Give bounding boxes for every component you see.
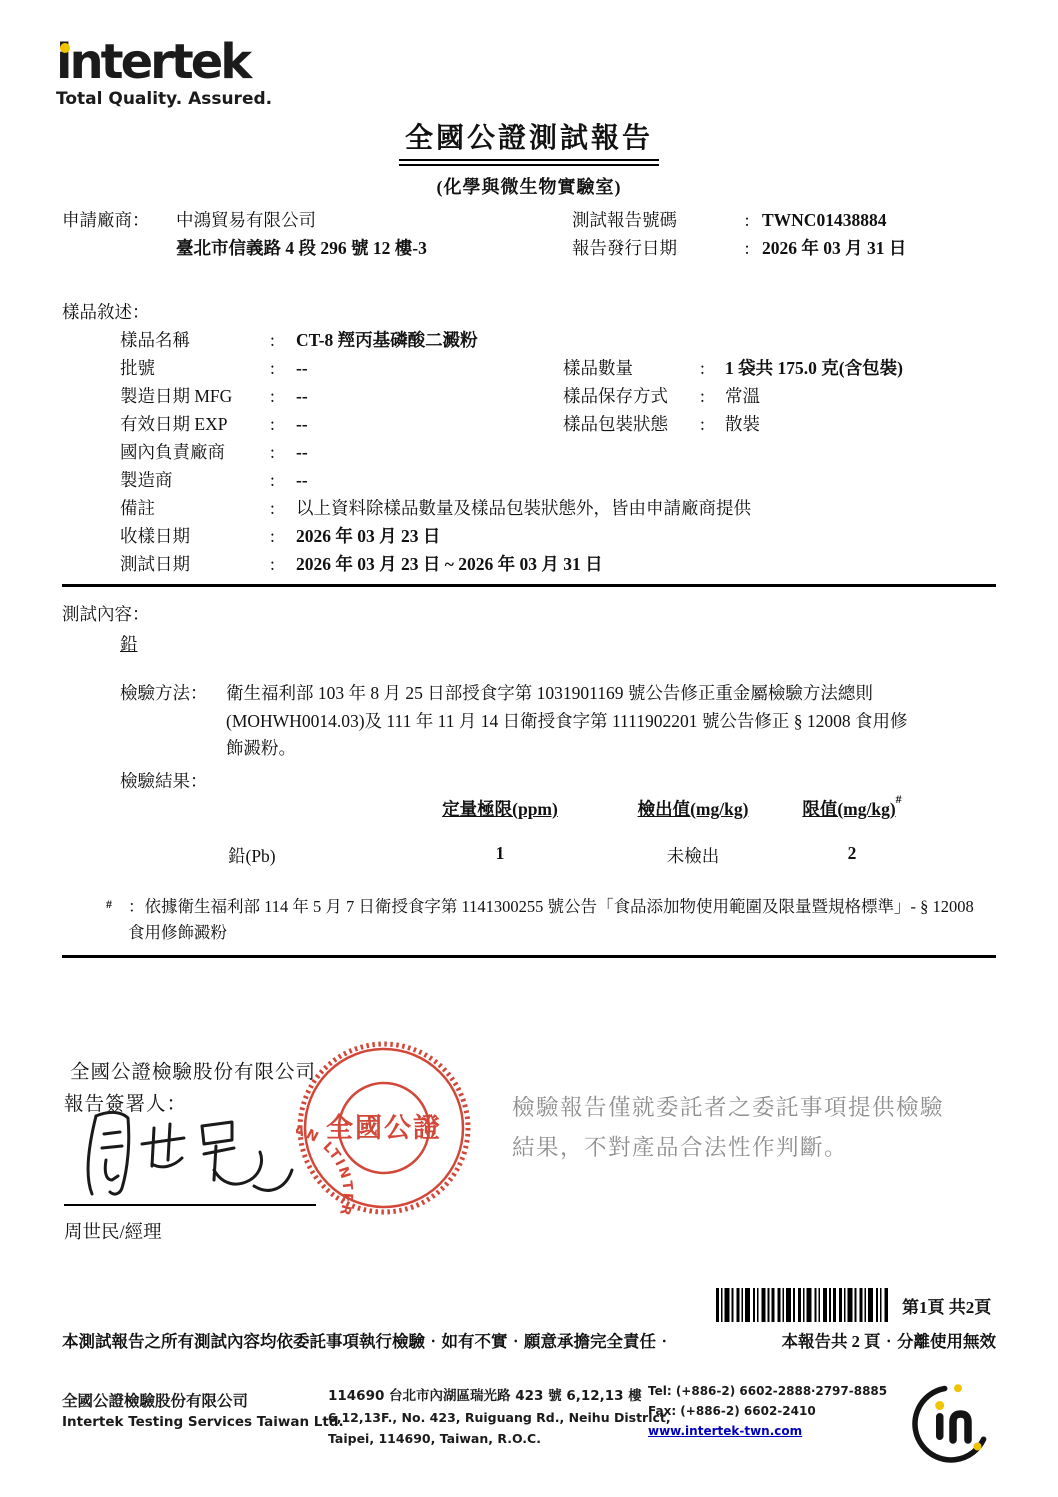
- footnote-text: ：依據衛生福利部 114 年 5 月 7 日衛授食字第 1141300255 號…: [128, 894, 992, 946]
- handwritten-signature: [70, 1102, 310, 1202]
- row-label: 測試日期: [120, 550, 270, 578]
- row-value: --: [296, 438, 751, 466]
- row-label: 樣品包裝狀態: [563, 410, 700, 438]
- colon: :: [700, 410, 725, 438]
- colon: :: [732, 206, 762, 234]
- row-value: 1 袋共 175.0 克(含包裝): [725, 354, 903, 382]
- test-content-block: 測試內容： 鉛: [62, 600, 150, 658]
- row-value: 常溫: [725, 382, 903, 410]
- row-label: 批號: [120, 354, 270, 382]
- barcode: [716, 1288, 888, 1322]
- report-no-value: TWNC01438884: [762, 206, 886, 234]
- test-content-title: 測試內容：: [62, 600, 150, 628]
- report-no-label: 測試報告號碼: [572, 206, 732, 234]
- footer-fax: Fax: (+886-2) 6602-2410: [648, 1401, 887, 1421]
- colon: :: [270, 522, 296, 550]
- row-label: 備註: [120, 494, 270, 522]
- signer-name-title: 周世民/經理: [64, 1218, 162, 1244]
- sample-right-block: 樣品數量 : 1 袋共 175.0 克(含包裝) 樣品保存方式 : 常溫 樣品包…: [563, 354, 903, 438]
- logo-tagline: Total Quality. Assured.: [56, 89, 272, 109]
- report-title: 全國公證測試報告: [399, 116, 659, 166]
- colon: :: [270, 494, 296, 522]
- colon: :: [270, 354, 296, 382]
- intertek-in-badge-icon: [905, 1378, 997, 1470]
- report-subtitle: (化學與微生物實驗室): [0, 173, 1058, 199]
- footer-address-block: 114690 台北市內湖區瑞光路 423 號 6,12,13 樓 6,12,13…: [328, 1386, 671, 1449]
- logo-wordmark: intertek: [56, 34, 249, 90]
- intertek-logo: intertek Total Quality. Assured.: [56, 38, 272, 109]
- applicant-label: 申請廠商：: [62, 206, 176, 234]
- colon: :: [270, 326, 296, 354]
- section-divider: [62, 584, 996, 587]
- footer-address-en2: Taipei, 114690, Taiwan, R.O.C.: [328, 1428, 671, 1449]
- sample-row-test-date: 測試日期 : 2026 年 03 月 23 日 ~ 2026 年 03 月 31…: [120, 550, 751, 578]
- table-cell-loq: 1: [425, 843, 575, 864]
- footer-contact-block: Tel: (+886-2) 6602-2888‧2797-8885 Fax: (…: [648, 1381, 887, 1441]
- row-label: 有效日期 EXP: [120, 410, 270, 438]
- limit-footnote-marker: #: [896, 792, 902, 806]
- applicant-block: 申請廠商： 中鴻貿易有限公司 臺北市信義路 4 段 296 號 12 樓-3: [62, 206, 427, 262]
- table-cell-limit: 2: [782, 843, 922, 864]
- sample-row-name: 樣品名稱 : CT-8 羥丙基磷酸二澱粉: [120, 326, 751, 354]
- method-text: 衛生福利部 103 年 8 月 25 日部授食字第 1031901169 號公告…: [226, 680, 916, 763]
- applicant-address: 臺北市信義路 4 段 296 號 12 樓-3: [62, 234, 427, 262]
- footer-website-link[interactable]: www.intertek-twn.com: [648, 1421, 887, 1441]
- colon: :: [700, 382, 725, 410]
- sample-row-quantity: 樣品數量 : 1 袋共 175.0 克(含包裝): [563, 354, 903, 382]
- table-cell-result: 未檢出: [618, 843, 768, 868]
- colon: :: [732, 234, 762, 262]
- test-method-block: 檢驗方法： 衛生福利部 103 年 8 月 25 日部授食字第 10319011…: [120, 680, 916, 763]
- row-label: 收樣日期: [120, 522, 270, 550]
- sample-row-packing: 樣品包裝狀態 : 散裝: [563, 410, 903, 438]
- footnote-marker: #: [106, 891, 128, 943]
- row-label: 樣品名稱: [120, 326, 270, 354]
- responsibility-row: 本測試報告之所有測試內容均依委託事項執行檢驗‧如有不實‧願意承擔完全責任‧ 本報…: [62, 1328, 996, 1352]
- row-value: --: [296, 466, 751, 494]
- issue-date-value: 2026 年 03 月 31 日: [762, 234, 906, 262]
- colon: :: [700, 354, 725, 382]
- signature-line: [64, 1204, 316, 1206]
- signing-company: 全國公證檢驗股份有限公司: [70, 1056, 316, 1084]
- report-title-block: 全國公證測試報告 (化學與微生物實驗室): [0, 116, 1058, 199]
- header-text: 定量極限(ppm): [442, 799, 558, 819]
- company-seal-stamp: INTERTEK TESTING SERVICES TAIWAN LTD. 全國…: [296, 1040, 472, 1216]
- header-text: 檢出值(mg/kg): [638, 799, 749, 819]
- row-label: 樣品數量: [563, 354, 700, 382]
- responsibility-statement: 本測試報告之所有測試內容均依委託事項執行檢驗‧如有不實‧願意承擔完全責任‧: [62, 1328, 673, 1352]
- footnote-block: # ：依據衛生福利部 114 年 5 月 7 日衛授食字第 1141300255…: [106, 894, 992, 946]
- sample-row-storage: 樣品保存方式 : 常溫: [563, 382, 903, 410]
- footer-company-en: Intertek Testing Services Taiwan Ltd.: [62, 1412, 344, 1432]
- issue-date-label: 報告發行日期: [572, 234, 732, 262]
- sample-row-domestic: 國內負責廠商 : --: [120, 438, 751, 466]
- footer-company-block: 全國公證檢驗股份有限公司 Intertek Testing Services T…: [62, 1390, 344, 1432]
- row-label: 國內負責廠商: [120, 438, 270, 466]
- sample-section: 樣品敘述： 樣品名稱 : CT-8 羥丙基磷酸二澱粉 批號 : -- 製造日期 …: [62, 298, 751, 578]
- sample-row-manufacturer: 製造商 : --: [120, 466, 751, 494]
- row-label: 樣品保存方式: [563, 382, 700, 410]
- applicant-name: 中鴻貿易有限公司: [176, 206, 316, 234]
- intertek-logo-text: intertek: [56, 38, 249, 86]
- footer-company-zh: 全國公證檢驗股份有限公司: [62, 1390, 344, 1412]
- footer-address-zh: 114690 台北市內湖區瑞光路 423 號 6,12,13 樓: [328, 1386, 671, 1407]
- row-value: 2026 年 03 月 23 日 ~ 2026 年 03 月 31 日: [296, 550, 751, 578]
- table-header-result: 檢出值(mg/kg): [618, 796, 768, 821]
- table-header-loq: 定量極限(ppm): [425, 796, 575, 821]
- report-meta-block: 測試報告號碼 : TWNC01438884 報告發行日期 : 2026 年 03…: [572, 206, 906, 262]
- row-value: 散裝: [725, 410, 903, 438]
- result-label: 檢驗結果：: [120, 768, 208, 793]
- logo-yellow-dot-icon: [60, 43, 70, 53]
- colon: :: [270, 550, 296, 578]
- table-header-limit: 限值(mg/kg)#: [782, 796, 922, 821]
- sample-section-title: 樣品敘述：: [62, 298, 751, 326]
- stamp-center-text: 全國公證: [326, 1112, 442, 1143]
- row-value: 以上資料除樣品數量及樣品包裝狀態外，皆由申請廠商提供: [296, 494, 751, 522]
- sample-row-received-date: 收樣日期 : 2026 年 03 月 23 日: [120, 522, 751, 550]
- colon: :: [270, 410, 296, 438]
- row-value: 2026 年 03 月 23 日: [296, 522, 751, 550]
- table-cell-analyte: 鉛(Pb): [228, 843, 276, 868]
- sample-row-remark: 備註 : 以上資料除樣品數量及樣品包裝狀態外，皆由申請廠商提供: [120, 494, 751, 522]
- test-analyte: 鉛: [120, 630, 150, 658]
- row-label: 製造日期 MFG: [120, 382, 270, 410]
- colon: :: [270, 466, 296, 494]
- colon: :: [270, 438, 296, 466]
- scope-disclaimer: 檢驗報告僅就委託者之委託事項提供檢驗結果，不對產品合法性作判斷。: [512, 1088, 948, 1168]
- colon: :: [270, 382, 296, 410]
- section-divider: [62, 955, 996, 958]
- footer-tel: Tel: (+886-2) 6602-2888‧2797-8885: [648, 1381, 887, 1401]
- page-number: 第1頁 共2頁: [902, 1293, 991, 1318]
- method-label: 檢驗方法：: [120, 680, 226, 763]
- footer-address-en1: 6,12,13F., No. 423, Ruiguang Rd., Neihu …: [328, 1407, 671, 1428]
- header-text: 限值(mg/kg): [802, 799, 895, 819]
- page-row: 第1頁 共2頁: [716, 1288, 991, 1322]
- validity-statement: 本報告共 2 頁‧分離使用無效: [782, 1328, 997, 1352]
- row-value: CT-8 羥丙基磷酸二澱粉: [296, 326, 751, 354]
- row-label: 製造商: [120, 466, 270, 494]
